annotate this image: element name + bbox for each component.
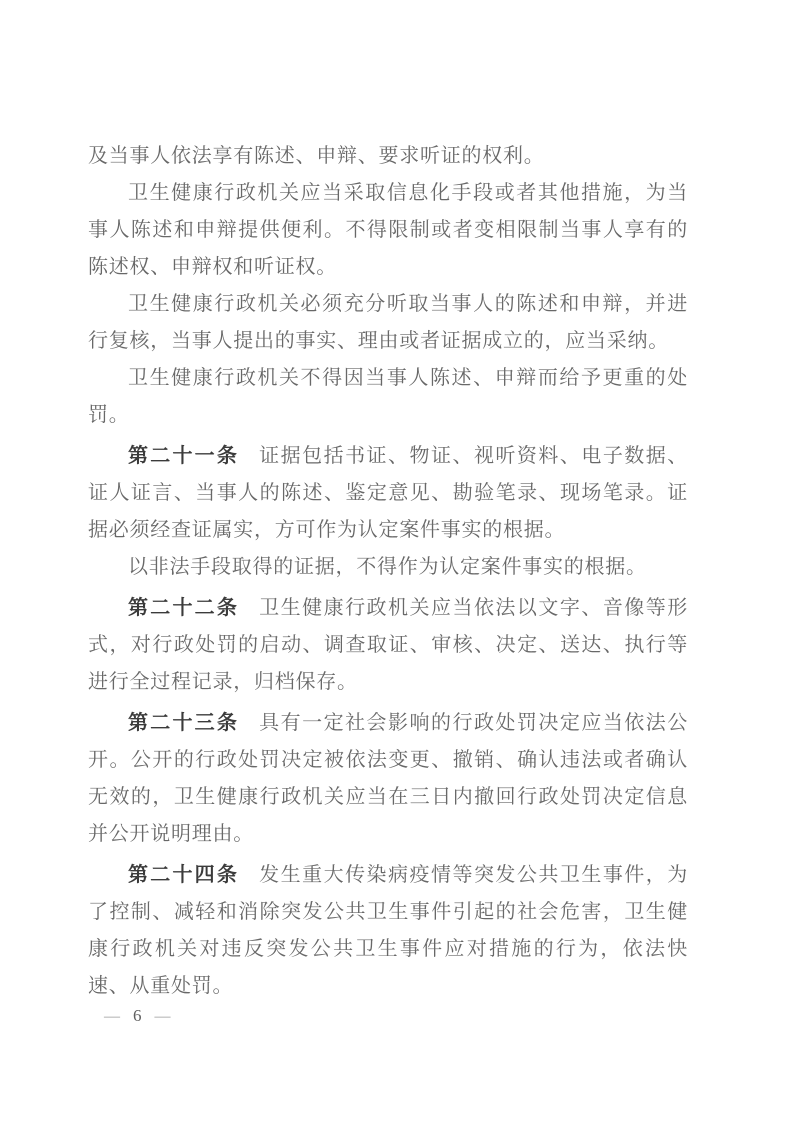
footer-left-dash: — [104, 1008, 120, 1025]
paragraph-text: 卫生健康行政机关必须充分听取当事人的陈述和申辩，并进行复核，当事人提出的事实、理… [88, 293, 688, 352]
paragraph-text: 以非法手段取得的证据，不得作为认定案件事实的根据。 [128, 556, 647, 578]
paragraph-text: 卫生健康行政机关应当采取信息化手段或者其他措施，为当事人陈述和申辩提供便利。不得… [88, 182, 688, 278]
footer-right-dash: — [155, 1008, 171, 1025]
article-number: 第二十二条 [128, 597, 239, 619]
article-number: 第二十四条 [128, 864, 239, 886]
paragraph-article-21: 第二十一条证据包括书证、物证、视听资料、电子数据、证人证言、当事人的陈述、鉴定意… [88, 438, 688, 549]
paragraph-continuation: 及当事人依法享有陈述、申辩、要求听证的权利。 [88, 138, 688, 175]
article-number: 第二十三条 [128, 712, 239, 734]
document-body: 及当事人依法享有陈述、申辩、要求听证的权利。 卫生健康行政机关应当采取信息化手段… [88, 138, 688, 1005]
paragraph: 卫生健康行政机关应当采取信息化手段或者其他措施，为当事人陈述和申辩提供便利。不得… [88, 175, 688, 286]
document-page: 及当事人依法享有陈述、申辩、要求听证的权利。 卫生健康行政机关应当采取信息化手段… [0, 0, 793, 1121]
paragraph-article-22: 第二十二条卫生健康行政机关应当依法以文字、音像等形式，对行政处罚的启动、调查取证… [88, 590, 688, 701]
page-footer: —6— [104, 1006, 171, 1026]
paragraph-text: 及当事人依法享有陈述、申辩、要求听证的权利。 [88, 145, 545, 167]
paragraph-text: 卫生健康行政机关不得因当事人陈述、申辩而给予更重的处罚。 [88, 367, 688, 426]
paragraph: 卫生健康行政机关必须充分听取当事人的陈述和申辩，并进行复核，当事人提出的事实、理… [88, 286, 688, 360]
page-number: 6 [133, 1006, 142, 1025]
paragraph-article-23: 第二十三条具有一定社会影响的行政处罚决定应当依法公开。公开的行政处罚决定被依法变… [88, 705, 688, 853]
paragraph: 以非法手段取得的证据，不得作为认定案件事实的根据。 [88, 549, 688, 586]
paragraph: 卫生健康行政机关不得因当事人陈述、申辩而给予更重的处罚。 [88, 360, 688, 434]
article-number: 第二十一条 [128, 445, 239, 467]
paragraph-article-24: 第二十四条发生重大传染病疫情等突发公共卫生事件，为了控制、减轻和消除突发公共卫生… [88, 857, 688, 1005]
